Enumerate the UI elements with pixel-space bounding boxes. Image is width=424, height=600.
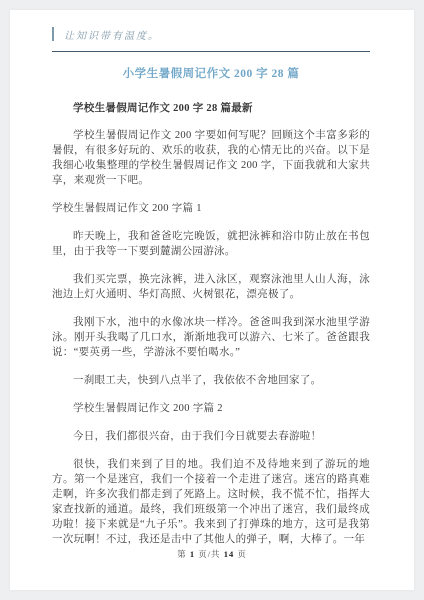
header-divider xyxy=(52,51,370,52)
document-title: 小学生暑假周记作文 200 字 28 篇 xyxy=(52,65,370,81)
sections-container: 学校生暑假周记作文 200 字篇 1昨天晚上，我和爸爸吃完晚饭，就把泳裤和浴巾防… xyxy=(52,201,370,547)
page-header: 让知识带有温度。 xyxy=(52,26,370,42)
header-slogan: 让知识带有温度。 xyxy=(64,27,160,42)
body-paragraph: 今日，我们都很兴奋，由于我们今日就要去春游啦！ xyxy=(52,429,370,444)
document-viewer: 让知识带有温度。 小学生暑假周记作文 200 字 28 篇 学校生暑假周记作文 … xyxy=(0,0,424,600)
footer-label-suffix: 页 xyxy=(234,549,247,559)
body-paragraph: 很快，我们来到了目的地。我们迫不及待地来到了游玩的地方。第一个是迷宫，我们一个接… xyxy=(52,457,370,547)
footer-total-pages: 14 xyxy=(224,549,235,559)
section-heading-1: 学校生暑假周记作文 200 字篇 1 xyxy=(52,201,370,216)
intro-paragraph: 学校生暑假周记作文 200 字要如何写呢？回顾这个丰富多彩的暑假，有很多好玩的、… xyxy=(52,128,370,188)
slogan-accent-bar xyxy=(52,27,54,41)
footer-label-prefix: 第 xyxy=(177,549,190,559)
body-paragraph: 一刹眼工夫，快到八点半了，我依依不舍地回家了。 xyxy=(52,373,370,388)
body-paragraph: 昨天晚上，我和爸爸吃完晚饭，就把泳裤和浴巾防止放在书包里，由于我等一下要到麓湖公… xyxy=(52,229,370,259)
footer-label-mid: 页/共 xyxy=(195,549,224,559)
section-heading-2: 学校生暑假周记作文 200 字篇 2 xyxy=(52,401,370,416)
body-paragraph: 我刚下水，池中的水像冰块一样冷。爸爸叫我到深水池里学游泳。刚开头我喝了几口水，渐… xyxy=(52,315,370,360)
document-subtitle: 学校生暑假周记作文 200 字 28 篇最新 xyxy=(52,100,370,115)
document-page: 让知识带有温度。 小学生暑假周记作文 200 字 28 篇 学校生暑假周记作文 … xyxy=(10,10,414,590)
body-paragraph: 我们买完票，换完泳裤，进入泳区，观察泳池里人山人海，泳池边上灯火通明、华灯高照、… xyxy=(52,272,370,302)
page-footer: 第 1 页/共 14 页 xyxy=(10,548,414,560)
